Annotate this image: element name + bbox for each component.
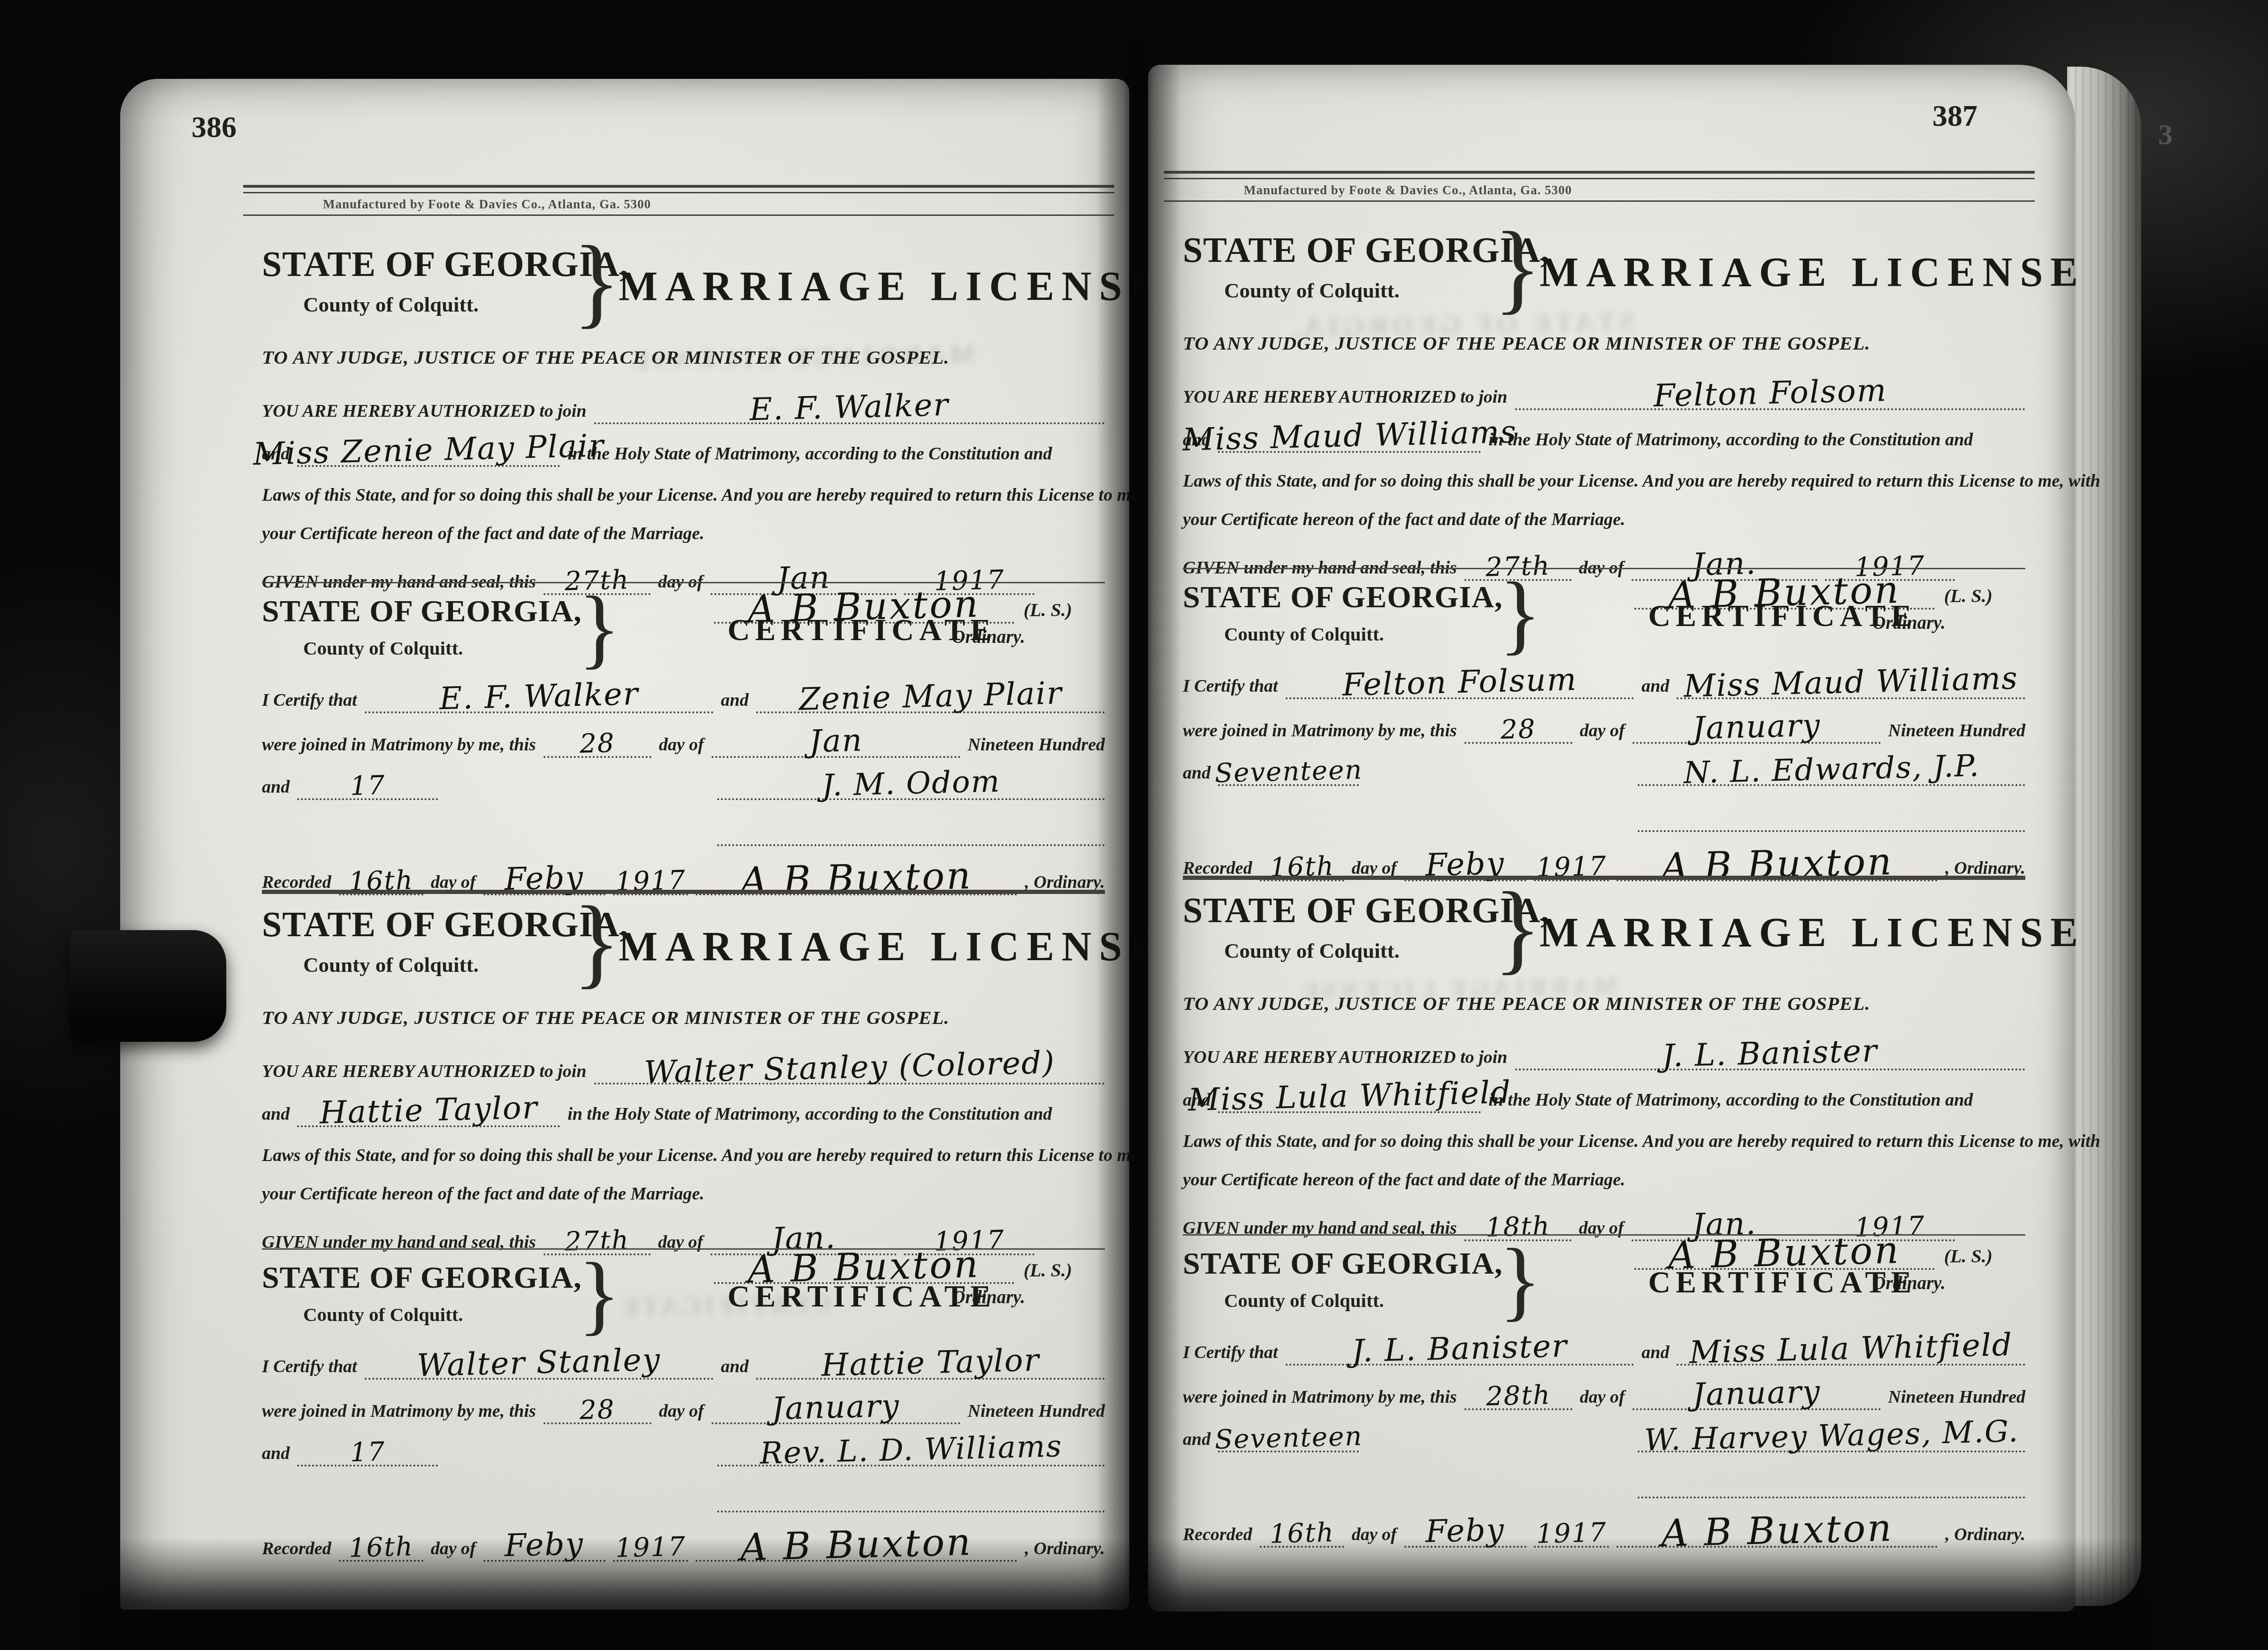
day-field: 28 xyxy=(1464,714,1572,744)
laws-line: Laws of this State, and for so doing thi… xyxy=(262,485,1105,505)
bride-name-handwritten: Miss Lula Whitfield xyxy=(1188,1074,1512,1118)
officiant-signature-field: N. L. Edwards, J.P. xyxy=(1638,752,2025,786)
marriage-license-block: STATE OF GEORGIA, County of Colquitt. } … xyxy=(262,890,1105,1253)
and-label: and xyxy=(721,1356,749,1380)
state-heading: STATE OF GEORGIA, xyxy=(262,1260,590,1296)
brace-glyph: } xyxy=(573,231,621,332)
day-of-label: day of xyxy=(1580,720,1625,744)
license-title: MARRIAGE LICENSE xyxy=(1540,910,2085,955)
recorded-month-handwritten: Feby xyxy=(504,1526,584,1564)
joined-label: were joined in Matrimony by me, this xyxy=(262,1401,536,1424)
county-heading: County of Colquitt. xyxy=(303,1303,590,1326)
groom-name-handwritten: J. L. Banister xyxy=(1351,1328,1568,1369)
officiant-signature: J. M. Odom xyxy=(821,764,1001,803)
day-handwritten: 28 xyxy=(579,728,615,759)
ordinary-signature: A B Buxton xyxy=(740,1520,973,1569)
nineteen-hundred-label: Nineteen Hundred xyxy=(968,1401,1105,1424)
brace-glyph: } xyxy=(578,582,621,672)
recorded-day-handwritten: 16th xyxy=(1269,1517,1334,1549)
addressee-line: TO ANY JUDGE, JUSTICE OF THE PEACE OR MI… xyxy=(262,346,1105,368)
county-heading: County of Colquitt. xyxy=(1224,278,1511,303)
addressee-line: TO ANY JUDGE, JUSTICE OF THE PEACE OR MI… xyxy=(1183,992,2025,1015)
bride-name-field: Hattie Taylor xyxy=(297,1092,560,1127)
authorize-label: YOU ARE HEREBY AUTHORIZED to join xyxy=(1183,1047,1508,1070)
brace-glyph: } xyxy=(573,891,621,993)
authorize-label: YOU ARE HEREBY AUTHORIZED to join xyxy=(1183,387,1508,410)
county-heading: County of Colquitt. xyxy=(1224,939,1511,963)
day-of-label: day of xyxy=(659,1401,704,1424)
brace-glyph: } xyxy=(578,1249,621,1339)
matrimony-clause: in the Holy State of Matrimony, accordin… xyxy=(1488,1090,1973,1113)
groom-name-handwritten: J. L. Banister xyxy=(1662,1032,1878,1074)
bride-name-handwritten: Miss Zenie May Plair xyxy=(253,428,605,472)
certificate-title: CERTIFICATE xyxy=(728,613,996,647)
bride-name-handwritten: Miss Maud Williams xyxy=(1683,660,2019,704)
year-field: Seventeen xyxy=(1218,756,1359,786)
recorded-year-field: 1917 xyxy=(1534,1518,1609,1548)
ordinary-signature-field: A B Buxton xyxy=(696,1523,1018,1562)
county-heading: County of Colquitt. xyxy=(303,292,590,317)
groom-name-field: J. L. Banister xyxy=(1515,1035,2026,1070)
bride-name-field: Zenie May Plair xyxy=(756,678,1105,713)
groom-name-field: Walter Stanley xyxy=(365,1344,713,1380)
nineteen-hundred-label: Nineteen Hundred xyxy=(1888,1387,2025,1410)
officiant-signature: N. L. Edwards, J.P. xyxy=(1683,749,1980,790)
officiant-signature: Rev. L. D. Williams xyxy=(759,1429,1063,1471)
certificate-return-line: your Certificate hereon of the fact and … xyxy=(1183,509,2025,530)
day-handwritten: 28 xyxy=(579,1394,615,1426)
page-top-rules: Manufactured by Foote & Davies Co., Atla… xyxy=(243,185,1114,216)
marriage-license-block: STATE OF GEORGIA, County of Colquitt. } … xyxy=(262,234,1105,582)
groom-name-field: E. F. Walker xyxy=(594,389,1105,424)
horizontal-rule xyxy=(1164,178,2035,179)
month-field: January xyxy=(712,1389,960,1424)
blank-signature-line xyxy=(717,1485,1105,1512)
and-label: and xyxy=(262,1443,290,1467)
certificate-block: STATE OF GEORGIA, County of Colquitt. } … xyxy=(262,582,1105,891)
recorded-label: Recorded xyxy=(262,1538,331,1562)
certify-label: I Certify that xyxy=(262,690,357,713)
left-page: 386 MARRIAGE LICENSE CERTIFICATE Manufac… xyxy=(120,79,1129,1610)
day-handwritten: 28 xyxy=(1500,714,1536,745)
day-of-label: day of xyxy=(431,1538,476,1562)
county-heading: County of Colquitt. xyxy=(303,637,590,659)
state-heading: STATE OF GEORGIA, xyxy=(1183,1246,1511,1282)
bride-name-field: Miss Maud Williams xyxy=(1218,418,1481,453)
day-of-label: day of xyxy=(659,734,704,758)
month-field: Jan xyxy=(712,723,960,758)
state-heading: STATE OF GEORGIA, xyxy=(262,244,590,285)
laws-line: Laws of this State, and for so doing thi… xyxy=(262,1145,1105,1166)
addressee-line: TO ANY JUDGE, JUSTICE OF THE PEACE OR MI… xyxy=(262,1006,1105,1029)
marriage-license-block: STATE OF GEORGIA, County of Colquitt. } … xyxy=(1183,220,2025,568)
certificate-title: CERTIFICATE xyxy=(1648,1265,1916,1299)
horizontal-rule xyxy=(243,185,1114,188)
and-label: and xyxy=(1641,676,1669,699)
month-handwritten: January xyxy=(1692,707,1821,747)
and-label: and xyxy=(262,1104,290,1127)
recorded-label: Recorded xyxy=(1183,1524,1252,1548)
nineteen-hundred-label: Nineteen Hundred xyxy=(968,734,1105,758)
officiant-signature: W. Harvey Wages, M.G. xyxy=(1644,1414,2019,1458)
certificate-block: STATE OF GEORGIA, County of Colquitt. } … xyxy=(1183,1234,2025,1592)
matrimony-clause: in the Holy State of Matrimony, accordin… xyxy=(1488,429,1973,453)
page-number-left: 386 xyxy=(192,110,237,145)
year-field: Seventeen xyxy=(1218,1423,1359,1452)
recorded-year-handwritten: 1917 xyxy=(615,1531,686,1564)
groom-name-handwritten: Walter Stanley (Colored) xyxy=(644,1044,1056,1090)
groom-name-handwritten: E. F. Walker xyxy=(439,676,639,717)
certificate-title: CERTIFICATE xyxy=(728,1279,996,1314)
bride-name-handwritten: Hattie Taylor xyxy=(319,1089,538,1131)
brace-glyph: } xyxy=(1494,217,1541,318)
certificate-return-line: your Certificate hereon of the fact and … xyxy=(1183,1169,2025,1190)
certificate-block: STATE OF GEORGIA, County of Colquitt. } … xyxy=(1183,568,2025,877)
joined-label: were joined in Matrimony by me, this xyxy=(1183,720,1457,744)
horizontal-rule xyxy=(243,192,1114,193)
day-field: 28 xyxy=(544,1395,651,1424)
brace-glyph: } xyxy=(1494,877,1541,978)
bride-name-handwritten: Miss Maud Williams xyxy=(1182,413,1517,458)
recorded-day-handwritten: 16th xyxy=(348,1531,414,1563)
horizontal-rule xyxy=(1164,200,2035,202)
blank-signature-line xyxy=(1638,805,2025,832)
page-number-right: 387 xyxy=(1932,99,1977,133)
page-edge-stack xyxy=(2067,67,2141,1606)
month-field: January xyxy=(1632,709,1881,744)
year-field: 17 xyxy=(297,1437,438,1467)
license-title: MARRIAGE LICENSE xyxy=(619,264,1165,309)
year-handwritten: Seventeen xyxy=(1214,755,1363,789)
recorded-month-field: Feby xyxy=(1404,1512,1526,1548)
and-label: and xyxy=(721,690,749,713)
and-label: and xyxy=(1641,1342,1669,1366)
laws-line: Laws of this State, and for so doing thi… xyxy=(1183,1131,2025,1152)
authorize-label: YOU ARE HEREBY AUTHORIZED to join xyxy=(262,401,587,424)
page-edge-number-fragment: 3 xyxy=(2158,118,2173,152)
bride-name-field: Miss Zenie May Plair xyxy=(297,432,560,467)
laws-line: Laws of this State, and for so doing thi… xyxy=(1183,471,2025,491)
and-label: and xyxy=(1183,1429,1211,1452)
brace-glyph: } xyxy=(1499,568,1541,658)
county-heading: County of Colquitt. xyxy=(1224,1289,1511,1312)
license-title: MARRIAGE LICENSE xyxy=(619,924,1165,970)
horizontal-rule xyxy=(1164,171,2035,174)
bride-name-field: Miss Lula Whitfield xyxy=(1218,1078,1481,1113)
groom-name-handwritten: E. F. Walker xyxy=(749,387,950,428)
matrimony-clause: in the Holy State of Matrimony, accordin… xyxy=(567,1104,1052,1127)
certificate-return-line: your Certificate hereon of the fact and … xyxy=(262,1184,1105,1204)
blank-signature-line xyxy=(717,819,1105,846)
day-handwritten: 28th xyxy=(1486,1380,1551,1412)
officiant-signature-field: Rev. L. D. Williams xyxy=(717,1433,1105,1467)
day-field: 28 xyxy=(544,728,651,758)
recorded-month-field: Feby xyxy=(483,1527,605,1562)
certify-label: I Certify that xyxy=(1183,676,1278,699)
state-heading: STATE OF GEORGIA, xyxy=(1183,580,1511,615)
license-title: MARRIAGE LICENSE xyxy=(1540,250,2085,295)
and-label: and xyxy=(1183,763,1211,786)
certificate-title: CERTIFICATE xyxy=(1648,599,1916,633)
month-handwritten: January xyxy=(771,1388,900,1427)
register-book-scan: 3 386 MARRIAGE LICENSE CERTIFICATE Manuf… xyxy=(0,0,2268,1650)
county-heading: County of Colquitt. xyxy=(1224,623,1511,645)
officiant-signature-field: W. Harvey Wages, M.G. xyxy=(1638,1419,2025,1452)
state-heading: STATE OF GEORGIA, xyxy=(1183,230,1511,271)
bride-name-field: Miss Lula Whitfield xyxy=(1677,1330,2025,1366)
bride-name-handwritten: Hattie Taylor xyxy=(821,1342,1040,1383)
ordinary-suffix: , Ordinary. xyxy=(1945,1524,2025,1548)
bride-name-handwritten: Zenie May Plair xyxy=(798,675,1063,718)
year-handwritten: Seventeen xyxy=(1214,1421,1363,1455)
and-label: and xyxy=(262,777,290,800)
groom-name-field: Walter Stanley (Colored) xyxy=(594,1049,1105,1085)
recorded-day-field: 16th xyxy=(1260,1518,1344,1548)
groom-name-handwritten: Walter Stanley xyxy=(417,1342,661,1384)
addressee-line: TO ANY JUDGE, JUSTICE OF THE PEACE OR MI… xyxy=(1183,332,2025,354)
bride-name-field: Miss Maud Williams xyxy=(1677,664,2025,699)
recorded-year-handwritten: 1917 xyxy=(1536,1517,1607,1550)
right-page: 387 STATE OF GEORGIA, MARRIAGE LICENSE M… xyxy=(1148,65,2075,1612)
groom-name-field: J. L. Banister xyxy=(1286,1330,1634,1366)
groom-name-handwritten: Felton Folsum xyxy=(1342,661,1578,703)
marriage-license-block: STATE OF GEORGIA, County of Colquitt. } … xyxy=(1183,876,2025,1238)
certify-label: I Certify that xyxy=(262,1356,357,1380)
joined-label: were joined in Matrimony by me, this xyxy=(262,734,536,758)
printer-imprint: Manufactured by Foote & Davies Co., Atla… xyxy=(323,197,1114,212)
ordinary-signature: A B Buxton xyxy=(1661,1506,1894,1555)
bride-name-field: Hattie Taylor xyxy=(756,1344,1105,1380)
day-of-label: day of xyxy=(1352,1524,1397,1548)
recorded-day-field: 16th xyxy=(339,1532,423,1562)
joined-label: were joined in Matrimony by me, this xyxy=(1183,1387,1457,1410)
nineteen-hundred-label: Nineteen Hundred xyxy=(1888,720,2025,744)
month-handwritten: January xyxy=(1692,1374,1821,1413)
year-handwritten: 17 xyxy=(350,1436,386,1468)
recorded-month-handwritten: Feby xyxy=(1425,1512,1505,1550)
printer-imprint: Manufactured by Foote & Davies Co., Atla… xyxy=(1244,183,2035,198)
month-field: January xyxy=(1632,1375,1881,1410)
horizontal-rule xyxy=(243,214,1114,216)
recorded-year-field: 1917 xyxy=(613,1532,688,1562)
bride-name-handwritten: Miss Lula Whitfield xyxy=(1689,1327,2013,1371)
binder-clip xyxy=(69,930,226,1042)
ordinary-signature-field: A B Buxton xyxy=(1617,1509,1938,1548)
certificate-return-line: your Certificate hereon of the fact and … xyxy=(262,523,1105,544)
certify-label: I Certify that xyxy=(1183,1342,1278,1366)
day-field: 28th xyxy=(1464,1381,1572,1410)
groom-name-handwritten: Felton Folsom xyxy=(1653,372,1887,414)
month-handwritten: Jan xyxy=(809,722,863,760)
groom-name-field: E. F. Walker xyxy=(365,678,713,713)
state-heading: STATE OF GEORGIA, xyxy=(262,594,590,629)
county-heading: County of Colquitt. xyxy=(303,953,590,977)
year-handwritten: 17 xyxy=(350,770,386,802)
year-field: 17 xyxy=(297,771,438,800)
day-of-label: day of xyxy=(1580,1387,1625,1410)
officiant-signature-field: J. M. Odom xyxy=(717,766,1105,800)
state-heading: STATE OF GEORGIA, xyxy=(262,904,590,945)
blank-signature-line xyxy=(1638,1471,2025,1498)
authorize-label: YOU ARE HEREBY AUTHORIZED to join xyxy=(262,1061,587,1085)
ordinary-suffix: , Ordinary. xyxy=(1025,1538,1105,1562)
groom-name-field: Felton Folsum xyxy=(1286,664,1634,699)
matrimony-clause: in the Holy State of Matrimony, accordin… xyxy=(567,443,1052,467)
state-heading: STATE OF GEORGIA, xyxy=(1183,890,1511,931)
page-top-rules: Manufactured by Foote & Davies Co., Atla… xyxy=(1164,171,2035,202)
certificate-block: STATE OF GEORGIA, County of Colquitt. } … xyxy=(262,1248,1105,1606)
brace-glyph: } xyxy=(1499,1235,1541,1325)
groom-name-field: Felton Folsom xyxy=(1515,375,2026,410)
